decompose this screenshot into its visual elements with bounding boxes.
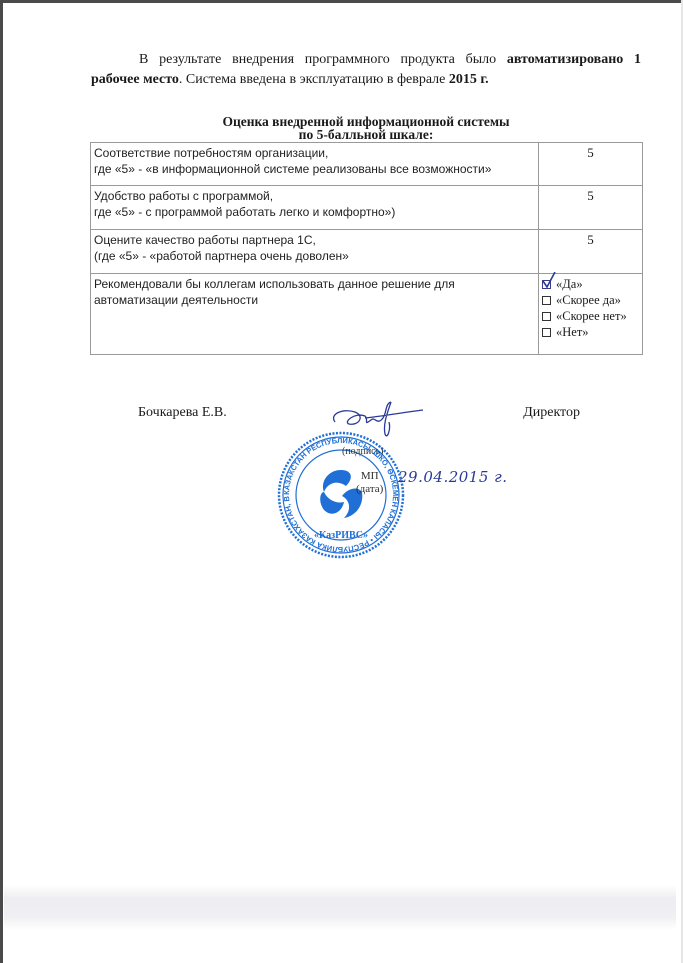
scan-artifact — [4, 885, 676, 930]
table-row: Соответствие потребностям организации, г… — [91, 143, 643, 186]
checkbox-icon[interactable] — [542, 296, 551, 305]
question-title-cont: автоматизации деятельности — [94, 292, 535, 308]
option-rather-no[interactable]: «Скорее нет» — [542, 308, 639, 324]
question-scale: (где «5» - «работой партнера очень довол… — [94, 248, 535, 264]
option-yes[interactable]: «Да» — [542, 276, 639, 292]
table-row: Оцените качество работы партнера 1С, (гд… — [91, 230, 643, 274]
option-no[interactable]: «Нет» — [542, 324, 639, 340]
checkmark-icon — [542, 272, 556, 288]
intro-paragraph: В результате внедрения программного прод… — [91, 50, 641, 90]
option-rather-yes[interactable]: «Скорее да» — [542, 292, 639, 308]
intro-text-middle: . Система введена в эксплуатацию в февра… — [179, 72, 449, 87]
recommend-options: «Да» «Скорее да» «Скорее нет» «Нет» — [539, 274, 643, 355]
date-caption: (дата) — [356, 483, 383, 496]
score-cell: 5 — [539, 230, 643, 274]
checkbox-icon[interactable] — [542, 328, 551, 337]
question-scale: где «5» - «в информационной системе реал… — [94, 161, 535, 177]
signer-name: Бочкарева Е.В. — [138, 405, 227, 421]
option-label: «Скорее нет» — [556, 308, 627, 324]
option-label: «Да» — [556, 276, 583, 292]
score-cell: 5 — [539, 186, 643, 230]
handwritten-date: 29.04.2015 г. — [398, 468, 508, 486]
question-cell: Рекомендовали бы коллегам использовать д… — [91, 274, 539, 355]
question-title: Удобство работы с программой, — [94, 188, 535, 204]
table-row: Рекомендовали бы коллегам использовать д… — [91, 274, 643, 355]
viewer-frame-top — [0, 0, 683, 3]
question-cell: Соответствие потребностям организации, г… — [91, 143, 539, 186]
question-cell: Удобство работы с программой, где «5» - … — [91, 186, 539, 230]
score-cell: 5 — [539, 143, 643, 186]
checkbox-checked-icon[interactable] — [542, 280, 551, 289]
question-title: Соответствие потребностям организации, — [94, 145, 535, 161]
evaluation-title: Оценка внедренной информационной системы… — [90, 115, 642, 141]
table-row: Удобство работы с программой, где «5» - … — [91, 186, 643, 230]
launch-year: 2015 г. — [449, 72, 489, 87]
signature-caption: (подпись) — [342, 446, 384, 457]
svg-text:«КазРИВС»: «КазРИВС» — [314, 530, 368, 541]
viewer-frame-left — [0, 0, 3, 963]
question-scale: где «5» - с программой работать легко и … — [94, 204, 535, 220]
checkbox-icon[interactable] — [542, 312, 551, 321]
option-label: «Скорее да» — [556, 292, 621, 308]
option-label: «Нет» — [556, 324, 589, 340]
intro-text: В результате внедрения программного прод… — [139, 52, 507, 67]
stamp-caption: МП (дата) — [356, 470, 383, 496]
question-title: Оцените качество работы партнера 1С, — [94, 232, 535, 248]
evaluation-title-line2: по 5-балльной шкале: — [90, 128, 642, 141]
evaluation-table: Соответствие потребностям организации, г… — [90, 142, 643, 355]
mp-label: МП — [356, 470, 383, 483]
question-title: Рекомендовали бы коллегам использовать д… — [94, 276, 535, 292]
signer-position: Директор — [523, 405, 580, 421]
question-cell: Оцените качество работы партнера 1С, (гд… — [91, 230, 539, 274]
